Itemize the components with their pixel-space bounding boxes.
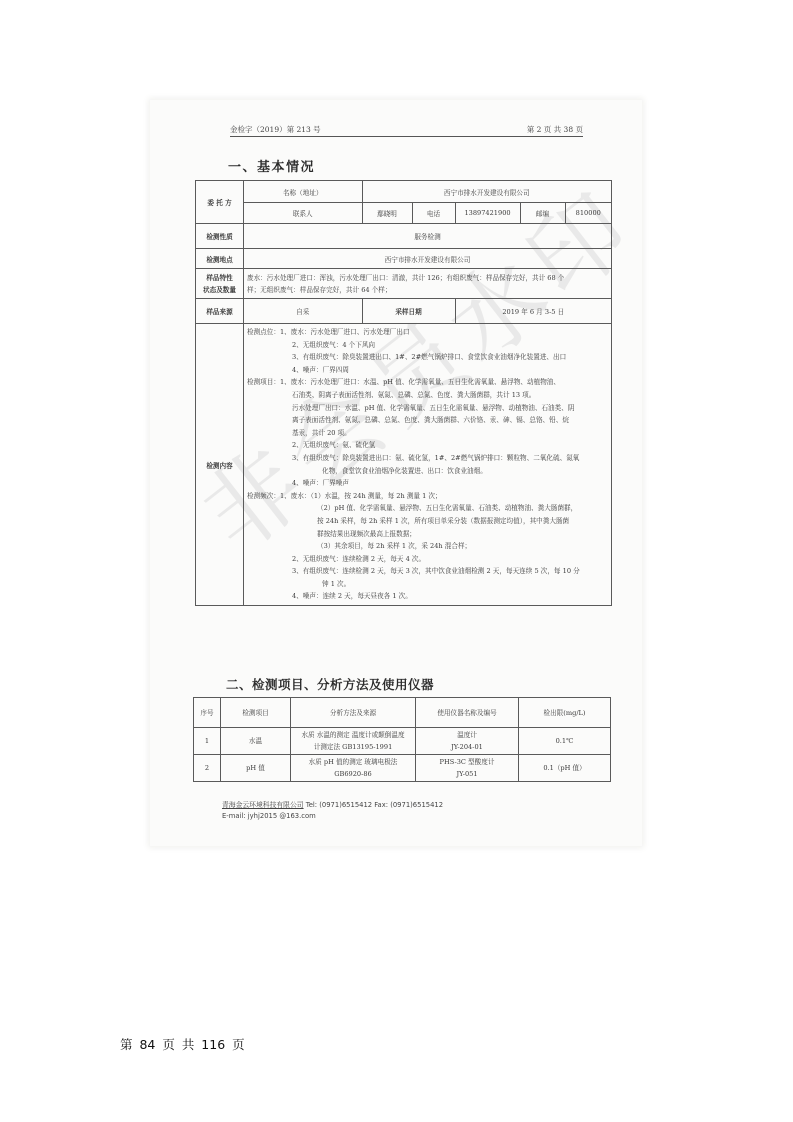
table-row: 2 pH 值 水质 pH 值的测定 玻璃电极法 GB6920-86 PHS-3C… (194, 755, 611, 782)
content-line: 污水处理厂出口：水温、pH 值、化学需氧量、五日生化需氧量、悬浮物、动植物油、石… (247, 402, 608, 415)
content-line: 4、噪声：厂界四周 (247, 364, 608, 377)
instrument-line: 温度计 (418, 729, 516, 741)
instrument-line: JY-204-01 (418, 741, 516, 753)
company-footer: 青海金云环境科技有限公司 Tel: (0971)6515412 Fax: (09… (222, 800, 443, 822)
client-label: 委 托 方 (196, 181, 244, 224)
instrument-line: PHS-3C 型酸度计 (418, 756, 516, 768)
section-title-methods: 二、检测项目、分析方法及使用仪器 (226, 675, 434, 693)
content-line: 钟 1 次。 (247, 578, 608, 591)
location-value: 西宁市排水开发建设有限公司 (244, 249, 612, 269)
content-line: 2、无组织废气：氨、硫化氢 (247, 439, 608, 452)
row-method: 水质 水温的测定 温度计或颠倒温度 计测定法 GB13195-1991 (291, 728, 416, 755)
method-line: GB6920-86 (293, 768, 413, 780)
content-line: 3、有组织废气：除臭装置进出口、1#、2#燃气锅炉排口、食堂饮食业油烟净化装置进… (247, 351, 608, 364)
sample-state-line: 废水：污水处理厂进口：浑浊，污水处理厂出口：清澈，共计 126；有组织废气：样品… (247, 272, 608, 284)
sample-state-label-line: 样品特性 (198, 272, 241, 284)
content-line: 4、噪声：厂界噪声 (247, 477, 608, 490)
content-line: 按 24h 采样，每 2h 采样 1 次，所有项目单采分装（数据报测定均值），其… (247, 515, 608, 528)
content-line: 4、噪声：连续 2 天，每天昼夜各 1 次。 (247, 590, 608, 603)
company-contact: Tel: (0971)6515412 Fax: (0971)6515412 (304, 801, 444, 809)
source-label: 样品来源 (196, 299, 244, 324)
postcode-label: 邮编 (520, 203, 565, 224)
report-page-number: 第 2 页 共 38 页 (527, 124, 583, 135)
content-line: 检测项目：1、废水：污水处理厂进口：水温、pH 值、化学需氧量、五日生化需氧量、… (247, 376, 608, 389)
company-email: E-mail: jyhj2015 @163.com (222, 811, 443, 822)
method-line: 水质 水温的测定 温度计或颠倒温度 (293, 729, 413, 741)
content-line: 离子表面活性剂、氨氮、总磷、总氮、色度、粪大肠菌群、六价铬、汞、砷、镉、总铬、铅… (247, 414, 608, 427)
row-limit: 0.1（pH 值） (519, 755, 611, 782)
location-label: 检测地点 (196, 249, 244, 269)
name-value: 西宁市排水开发建设有限公司 (362, 181, 611, 203)
content-line: 检测频次：1、废水：（1）水温，按 24h 测量，每 2h 测量 1 次； (247, 490, 608, 503)
content-line: 2、无组织废气：4 个下风向 (247, 339, 608, 352)
sample-state-value: 废水：污水处理厂进口：浑浊，污水处理厂出口：清澈，共计 126；有组织废气：样品… (244, 269, 612, 299)
content-value: 检测点位：1、废水：污水处理厂进口、污水处理厂出口2、无组织废气：4 个下风向3… (244, 324, 612, 606)
col-header-no: 序号 (194, 698, 221, 728)
content-line: 化物，食堂饮食业油烟净化装置进、出口：饮食业油烟。 (247, 465, 608, 478)
sample-state-label-line: 状态及数量 (198, 284, 241, 296)
section-title-basic-info: 一、基本情况 (228, 156, 315, 175)
report-number: 金检字（2019）第 213 号 (230, 124, 321, 135)
content-line: （2）pH 值、化学需氧量、悬浮物、五日生化需氧量、石油类、动植物油、粪大肠菌群… (247, 502, 608, 515)
document-header: 金检字（2019）第 213 号 第 2 页 共 38 页 (230, 122, 583, 137)
col-header-instrument: 使用仪器名称及编号 (416, 698, 519, 728)
nature-label: 检测性质 (196, 224, 244, 249)
source-value: 自采 (244, 299, 363, 324)
contact-value: 鄢晓明 (362, 203, 412, 224)
date-label: 采样日期 (362, 299, 455, 324)
postcode-value: 810000 (565, 203, 611, 224)
sample-state-line: 样；无组织废气：样品保存完好，共计 64 个样； (247, 284, 608, 296)
col-header-method: 分析方法及来源 (291, 698, 416, 728)
date-value: 2019 年 6 月 3-5 日 (455, 299, 611, 324)
row-limit: 0.1℃ (519, 728, 611, 755)
row-method: 水质 pH 值的测定 玻璃电极法 GB6920-86 (291, 755, 416, 782)
content-line: 检测点位：1、废水：污水处理厂进口、污水处理厂出口 (247, 326, 608, 339)
content-line: 基汞，共计 20 项。 (247, 427, 608, 440)
content-line: 2、无组织废气：连续检测 2 天，每天 4 次。 (247, 553, 608, 566)
phone-label: 电话 (412, 203, 455, 224)
row-no: 2 (194, 755, 221, 782)
method-line: 水质 pH 值的测定 玻璃电极法 (293, 756, 413, 768)
content-label: 检测内容 (196, 324, 244, 606)
col-header-limit: 检出限(mg/L) (519, 698, 611, 728)
methods-table: 序号 检测项目 分析方法及来源 使用仪器名称及编号 检出限(mg/L) 1 水温… (193, 697, 611, 782)
row-item: 水温 (221, 728, 291, 755)
page-indicator: 第 84 页 共 116 页 (120, 1035, 245, 1053)
name-label: 名称（地址） (244, 181, 363, 203)
contact-label: 联系人 (244, 203, 363, 224)
sample-state-label: 样品特性 状态及数量 (196, 269, 244, 299)
phone-value: 13897421900 (455, 203, 520, 224)
basic-info-table: 委 托 方 名称（地址） 西宁市排水开发建设有限公司 联系人 鄢晓明 电话 13… (195, 180, 612, 606)
content-line: 3、有组织废气：除臭装置进出口：氨、硫化氢，1#、2#燃气锅炉排口：颗粒物、二氧… (247, 452, 608, 465)
table-row: 1 水温 水质 水温的测定 温度计或颠倒温度 计测定法 GB13195-1991… (194, 728, 611, 755)
content-line: 群按结果出现频次最高上报数据； (247, 528, 608, 541)
content-line: 3、有组织废气：连续检测 2 天，每天 3 次，其中饮食业油烟检测 2 天，每天… (247, 565, 608, 578)
method-line: 计测定法 GB13195-1991 (293, 741, 413, 753)
row-instrument: PHS-3C 型酸度计 JY-051 (416, 755, 519, 782)
row-no: 1 (194, 728, 221, 755)
row-item: pH 值 (221, 755, 291, 782)
instrument-line: JY-051 (418, 768, 516, 780)
company-name: 青海金云环境科技有限公司 (222, 801, 304, 809)
row-instrument: 温度计 JY-204-01 (416, 728, 519, 755)
nature-value: 服务检测 (244, 224, 612, 249)
col-header-item: 检测项目 (221, 698, 291, 728)
content-line: （3）其余项目，每 2h 采样 1 次，采 24h 混合样； (247, 540, 608, 553)
content-line: 石油类、阴离子表面活性剂、氨氮、总磷、总氮、色度、粪大肠菌群，共计 13 项。 (247, 389, 608, 402)
